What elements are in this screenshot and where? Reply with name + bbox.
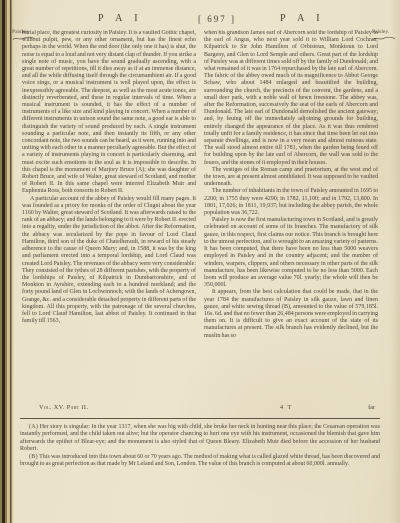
paragraph: A particular account of the abbey of Pai…	[22, 196, 196, 326]
footnote-marker: (A)	[29, 424, 38, 430]
footnote: (A) Her story is singular: In the year 1…	[20, 424, 380, 453]
page-edge-shade	[390, 0, 400, 523]
text-columns: burial place, the greatest curiosity in …	[22, 30, 378, 404]
footnote-text: Her story is singular: In the year 1317,…	[20, 424, 380, 452]
running-title-left: P A I	[98, 13, 143, 24]
footnotes-section: (A) Her story is singular: In the year 1…	[20, 424, 380, 469]
left-column: burial place, the greatest curiosity in …	[22, 30, 196, 404]
running-title-right: P A I	[280, 13, 325, 24]
paragraph: It appears, from the best calculation th…	[204, 289, 378, 339]
catchword: far	[368, 404, 375, 411]
footnote-rule	[20, 418, 380, 419]
gathering-signature: 4 T	[280, 404, 293, 411]
right-column: when his grandson James earl of Abercorn…	[204, 30, 378, 404]
page-footer: Vol. XV. Part II. 4 T far	[22, 404, 378, 413]
paragraph: burial place, the greatest curiosity in …	[22, 30, 196, 196]
page-number: [ 697 ]	[172, 14, 262, 24]
binding-edge	[0, 0, 14, 523]
paragraph: The number of inhabitants in the town of…	[204, 188, 378, 217]
volume-signature: Vol. XV. Part II.	[39, 404, 88, 411]
book-page: P A I [ 697 ] P A I Paisley. Paisley. bu…	[0, 0, 400, 523]
footnote-marker: (B)	[29, 454, 38, 460]
paragraph: The vestiges of the Roman camp and praet…	[204, 167, 378, 189]
footnote-text: This was introduced into this town about…	[20, 454, 380, 467]
paragraph: when his grandson James earl of Abercorn…	[204, 30, 378, 167]
page-header: P A I [ 697 ] P A I	[22, 13, 378, 26]
footnote: (B) This was introduced into this town a…	[20, 454, 380, 469]
paragraph: Paisley is now the first manufacturing t…	[204, 217, 378, 289]
